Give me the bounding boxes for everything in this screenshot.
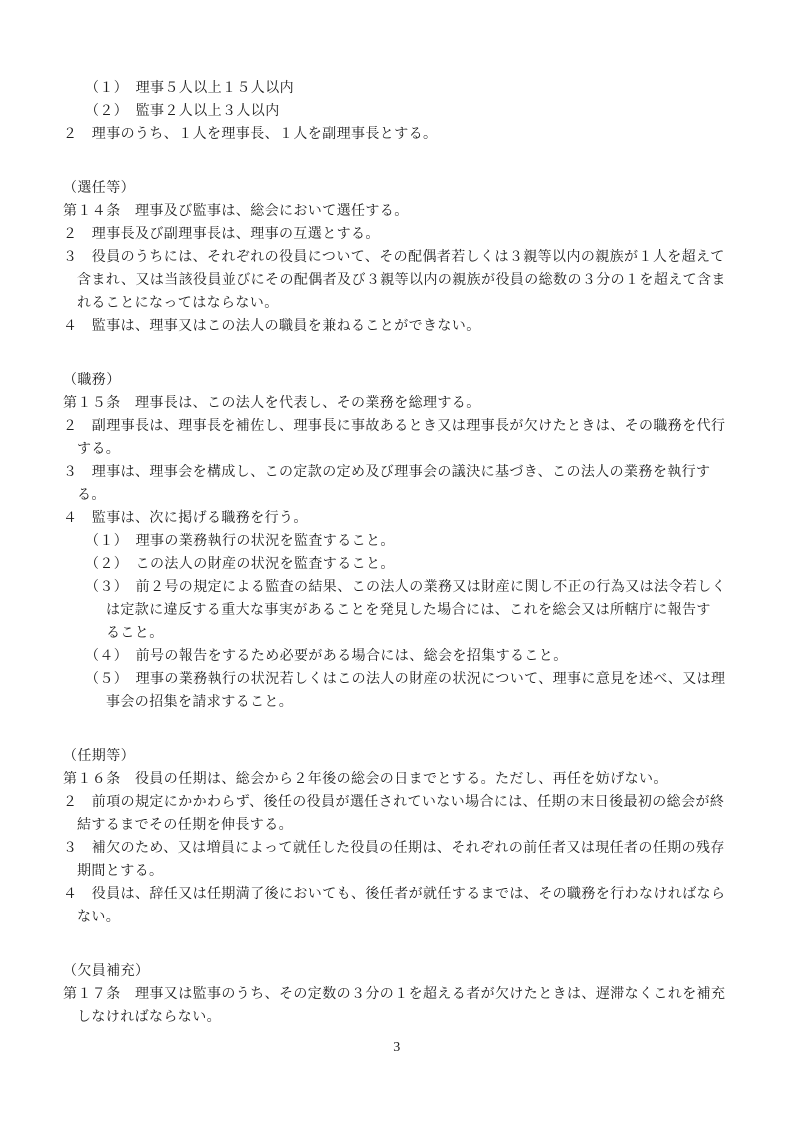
text-line: （２） 監事２人以上３人以内	[63, 100, 744, 123]
text-line: は定款に違反する重大な事実があることを発見した場合には、これを総会又は所轄庁に報…	[63, 599, 744, 622]
text-line: 事会の招集を請求すること。	[63, 691, 744, 714]
text-line: ること。	[63, 622, 744, 645]
text-line: ４ 監事は、次に掲げる職務を行う。	[63, 507, 744, 530]
text-line: （４） 前号の報告をするため必要がある場合には、総会を招集すること。	[63, 645, 744, 668]
section-header: （任期等）	[63, 745, 744, 768]
text-line: （３） 前２号の規定による監査の結果、この法人の業務又は財産に関し不正の行為又は…	[63, 576, 744, 599]
document-body: （１） 理事５人以上１５人以内（２） 監事２人以上３人以内２ 理事のうち、１人を…	[0, 0, 794, 1029]
text-line: 結するまでその任期を伸長する。	[63, 814, 744, 837]
text-line: する。	[63, 438, 744, 461]
text-line: る。	[63, 484, 744, 507]
text-line: （２） この法人の財産の状況を監査すること。	[63, 553, 744, 576]
text-line: 含まれ、又は当該役員並びにその配偶者及び３親等以内の親族が役員の総数の３分の１を…	[63, 269, 744, 292]
text-line: ２ 理事のうち、１人を理事長、１人を副理事長とする。	[63, 123, 744, 146]
text-line: （５） 理事の業務執行の状況若しくはこの法人の財産の状況について、理事に意見を述…	[63, 668, 744, 691]
text-line: ４ 役員は、辞任又は任期満了後においても、後任者が就任するまでは、その職務を行わ…	[63, 883, 744, 906]
section-header: （職務）	[63, 369, 744, 392]
page-number: 3	[0, 1036, 794, 1059]
document-page: （１） 理事５人以上１５人以内（２） 監事２人以上３人以内２ 理事のうち、１人を…	[0, 0, 794, 1123]
text-line: ２ 副理事長は、理事長を補佐し、理事長に事故あるとき又は理事長が欠けたときは、そ…	[63, 415, 744, 438]
text-line: ３ 役員のうちには、それぞれの役員について、その配偶者若しくは３親等以内の親族が…	[63, 246, 744, 269]
text-line: 第１５条 理事長は、この法人を代表し、その業務を総理する。	[63, 392, 744, 415]
text-line: 第１６条 役員の任期は、総会から２年後の総会の日までとする。ただし、再任を妨げな…	[63, 768, 744, 791]
text-line: （１） 理事５人以上１５人以内	[63, 77, 744, 100]
text-line: ３ 理事は、理事会を構成し、この定款の定め及び理事会の議決に基づき、この法人の業…	[63, 461, 744, 484]
text-line: （１） 理事の業務執行の状況を監査すること。	[63, 530, 744, 553]
text-line: ３ 補欠のため、又は増員によって就任した役員の任期は、それぞれの前任者又は現任者…	[63, 837, 744, 860]
text-line: れることになってはならない。	[63, 292, 744, 315]
text-line: ない。	[63, 906, 744, 929]
text-line: ４ 監事は、理事又はこの法人の職員を兼ねることができない。	[63, 315, 744, 338]
section-header: （欠員補充）	[63, 960, 744, 983]
text-line: ２ 前項の規定にかかわらず、後任の役員が選任されていない場合には、任期の末日後最…	[63, 791, 744, 814]
text-line: ２ 理事長及び副理事長は、理事の互選とする。	[63, 223, 744, 246]
text-line: 第１４条 理事及び監事は、総会において選任する。	[63, 200, 744, 223]
text-line: 期間とする。	[63, 860, 744, 883]
text-line: しなければならない。	[63, 1006, 744, 1029]
text-line: 第１７条 理事又は監事のうち、その定数の３分の１を超える者が欠けたときは、遅滞な…	[63, 983, 744, 1006]
section-header: （選任等）	[63, 177, 744, 200]
